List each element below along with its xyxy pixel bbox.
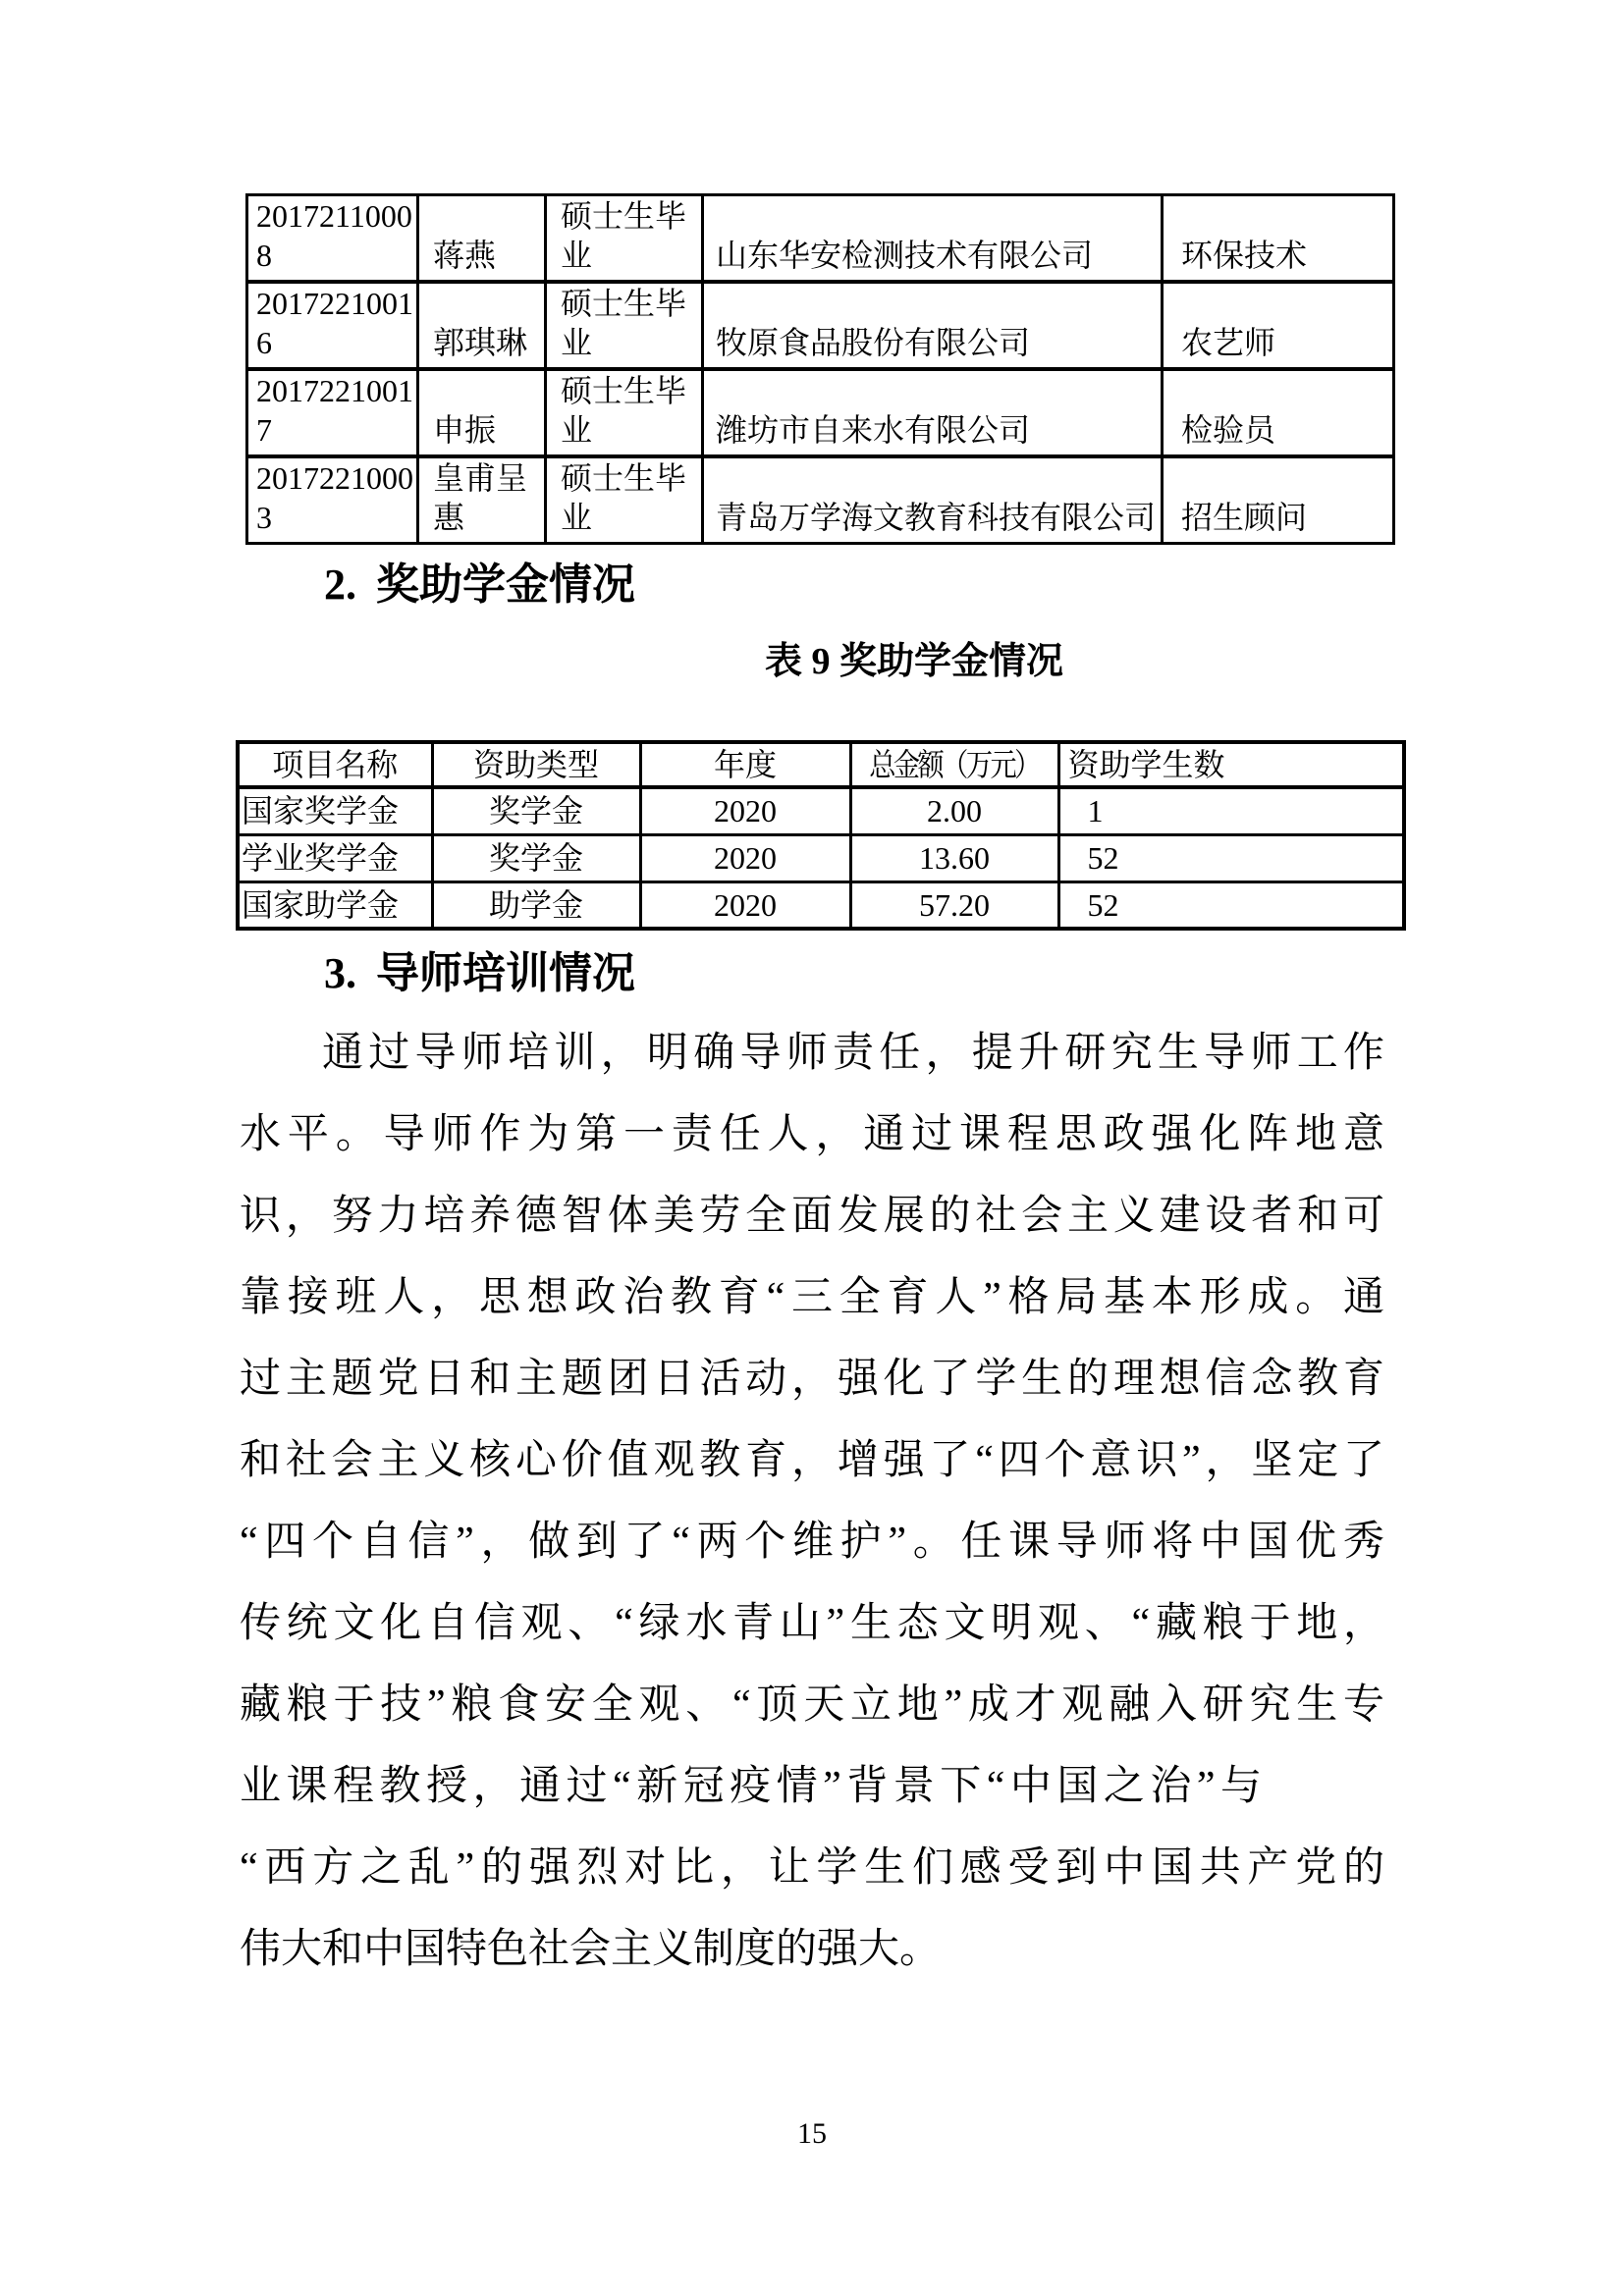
cell-year: 2020 bbox=[640, 881, 850, 929]
body-paragraph: 通过导师培训，明确导师责任，提升研究生导师工作 水平。导师作为第一责任人，通过课… bbox=[240, 1013, 1384, 1991]
employment-row: 20172210016 郭琪琳 硕士生毕业 牧原食品股份有限公司 农艺师 bbox=[247, 282, 1394, 369]
paragraph-line: 水平。导师作为第一责任人，通过课程思政强化阵地意 bbox=[240, 1095, 1384, 1176]
section-title: 导师培训情况 bbox=[376, 950, 635, 997]
cell-total-amount: 13.60 bbox=[850, 834, 1058, 881]
employment-row: 20172210003 皇甫呈惠 硕士生毕业 青岛万学海文教育科技有限公司 招生… bbox=[247, 456, 1394, 544]
employment-table: 20172110008 蒋燕 硕士生毕业 山东华安检测技术有限公司 环保技术 2… bbox=[245, 193, 1395, 545]
scholarship-row: 学业奖学金 奖学金 2020 13.60 52 bbox=[238, 834, 1404, 881]
section-number: 2. bbox=[324, 561, 356, 609]
scholarship-table: 项目名称 资助类型 年度 总金额（万元） 资助学生数 国家奖学金 奖学金 202… bbox=[236, 740, 1406, 931]
scholarship-row: 国家助学金 助学金 2020 57.20 52 bbox=[238, 881, 1404, 929]
header-student-count: 资助学生数 bbox=[1058, 742, 1404, 787]
cell-funding-type: 助学金 bbox=[432, 881, 640, 929]
cell-graduation-status: 硕士生毕业 bbox=[546, 282, 703, 369]
cell-student-count: 52 bbox=[1058, 881, 1404, 929]
paragraph-line: 靠接班人，思想政治教育“三全育人”格局基本形成。通 bbox=[240, 1257, 1384, 1339]
paragraph-line: 业课程教授，通过“新冠疫情”背景下“中国之治”与 bbox=[240, 1746, 1384, 1828]
cell-student-name: 郭琪琳 bbox=[418, 282, 546, 369]
cell-project-name: 国家奖学金 bbox=[238, 787, 432, 834]
cell-graduation-status: 硕士生毕业 bbox=[546, 195, 703, 283]
header-year: 年度 bbox=[640, 742, 850, 787]
cell-employer: 潍坊市自来水有限公司 bbox=[703, 369, 1163, 456]
section-heading-2: 2. 奖助学金情况 bbox=[324, 561, 635, 609]
cell-funding-type: 奖学金 bbox=[432, 787, 640, 834]
cell-job-title: 检验员 bbox=[1163, 369, 1394, 456]
cell-project-name: 学业奖学金 bbox=[238, 834, 432, 881]
cell-graduation-status: 硕士生毕业 bbox=[546, 456, 703, 544]
paragraph-line: “西方之乱”的强烈对比，让学生们感受到中国共产党的 bbox=[240, 1828, 1384, 1909]
scholarship-row: 国家奖学金 奖学金 2020 2.00 1 bbox=[238, 787, 1404, 834]
cell-student-name: 蒋燕 bbox=[418, 195, 546, 283]
paragraph-line: 识，努力培养德智体美劳全面发展的社会主义建设者和可 bbox=[240, 1176, 1384, 1257]
employment-row: 20172110008 蒋燕 硕士生毕业 山东华安检测技术有限公司 环保技术 bbox=[247, 195, 1394, 283]
section-number: 3. bbox=[324, 950, 356, 997]
paragraph-line: 藏粮于技”粮食安全观、“顶天立地”成才观融入研究生专 bbox=[240, 1665, 1384, 1746]
cell-employer: 牧原食品股份有限公司 bbox=[703, 282, 1163, 369]
scholarship-header-row: 项目名称 资助类型 年度 总金额（万元） 资助学生数 bbox=[238, 742, 1404, 787]
cell-student-name: 申振 bbox=[418, 369, 546, 456]
header-project-name: 项目名称 bbox=[238, 742, 432, 787]
cell-year: 2020 bbox=[640, 834, 850, 881]
section-title: 奖助学金情况 bbox=[376, 561, 635, 609]
page-number: 15 bbox=[0, 2116, 1624, 2152]
table9-caption: 表 9 奖助学金情况 bbox=[240, 640, 1487, 683]
cell-funding-type: 奖学金 bbox=[432, 834, 640, 881]
cell-job-title: 环保技术 bbox=[1163, 195, 1394, 283]
header-funding-type: 资助类型 bbox=[432, 742, 640, 787]
paragraph-line: 和社会主义核心价值观教育，增强了“四个意识”，坚定了 bbox=[240, 1420, 1384, 1502]
paragraph-line: 传统文化自信观、“绿水青山”生态文明观、“藏粮于地， bbox=[240, 1583, 1384, 1665]
cell-job-title: 农艺师 bbox=[1163, 282, 1394, 369]
cell-employer: 青岛万学海文教育科技有限公司 bbox=[703, 456, 1163, 544]
header-total-amount: 总金额（万元） bbox=[850, 742, 1058, 787]
cell-student-id: 20172210016 bbox=[247, 282, 418, 369]
cell-project-name: 国家助学金 bbox=[238, 881, 432, 929]
cell-student-count: 52 bbox=[1058, 834, 1404, 881]
section-heading-3: 3. 导师培训情况 bbox=[324, 950, 635, 997]
paragraph-line: 通过导师培训，明确导师责任，提升研究生导师工作 bbox=[240, 1013, 1384, 1095]
cell-student-id: 20172110008 bbox=[247, 195, 418, 283]
cell-student-name: 皇甫呈惠 bbox=[418, 456, 546, 544]
paragraph-line: 伟大和中国特色社会主义制度的强大。 bbox=[240, 1909, 1384, 1991]
cell-student-id: 20172210003 bbox=[247, 456, 418, 544]
cell-student-id: 20172210017 bbox=[247, 369, 418, 456]
cell-total-amount: 2.00 bbox=[850, 787, 1058, 834]
paragraph-line: 过主题党日和主题团日活动，强化了学生的理想信念教育 bbox=[240, 1339, 1384, 1420]
paragraph-line: “四个自信”，做到了“两个维护”。任课导师将中国优秀 bbox=[240, 1502, 1384, 1583]
cell-year: 2020 bbox=[640, 787, 850, 834]
document-page: 20172110008 蒋燕 硕士生毕业 山东华安检测技术有限公司 环保技术 2… bbox=[0, 0, 1624, 2296]
cell-employer: 山东华安检测技术有限公司 bbox=[703, 195, 1163, 283]
cell-student-count: 1 bbox=[1058, 787, 1404, 834]
cell-job-title: 招生顾问 bbox=[1163, 456, 1394, 544]
cell-graduation-status: 硕士生毕业 bbox=[546, 369, 703, 456]
cell-total-amount: 57.20 bbox=[850, 881, 1058, 929]
employment-row: 20172210017 申振 硕士生毕业 潍坊市自来水有限公司 检验员 bbox=[247, 369, 1394, 456]
